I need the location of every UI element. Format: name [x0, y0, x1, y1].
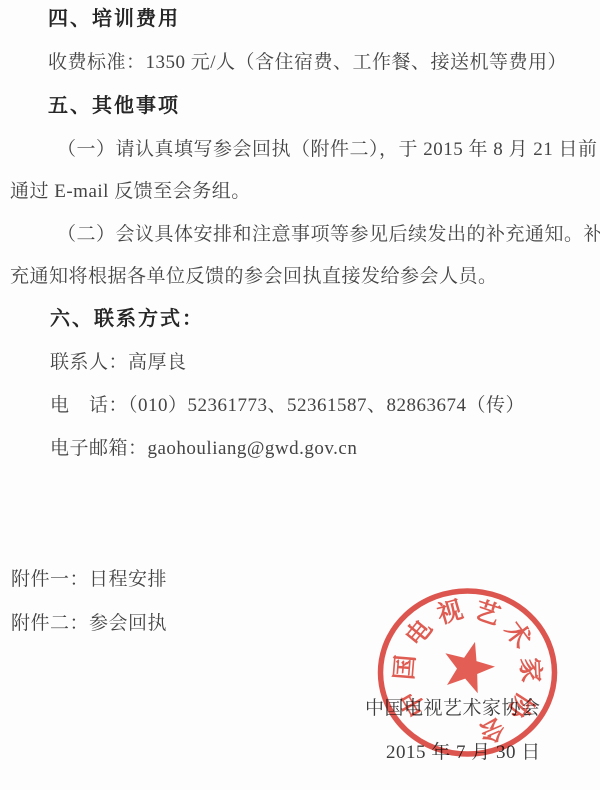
contact-phone-line: 电 话：（010）52361773、52361587、82863674（传） — [50, 395, 525, 417]
svg-text:艺: 艺 — [471, 596, 504, 630]
other-item-2-line-1: （二）会议具体安排和注意事项等参见后续发出的补充通知。补 — [57, 224, 600, 246]
fee-standard-line: 收费标准：1350 元/人（含住宿费、工作餐、接送机等费用） — [48, 52, 567, 74]
heading-training-fee: 四、培训费用 — [48, 8, 180, 30]
seal-star-icon — [445, 642, 495, 693]
svg-text:中: 中 — [395, 686, 432, 722]
svg-text:术: 术 — [498, 616, 536, 654]
other-item-1-line-1: （一）请认真填写参会回执（附件二），于 2015 年 8 月 21 日前 — [57, 139, 598, 161]
other-item-2-line-2: 充通知将根据各单位反馈的参会回执直接发给参会人员。 — [10, 266, 498, 288]
svg-text:国: 国 — [390, 654, 420, 681]
attachment-2-line: 附件二：参会回执 — [11, 613, 167, 635]
heading-contact: 六、联系方式： — [50, 308, 204, 330]
contact-person-line: 联系人：高厚良 — [50, 352, 187, 374]
svg-text:家: 家 — [516, 657, 545, 683]
contact-email-line: 电子邮箱：gaohouliang@gwd.gov.cn — [50, 438, 357, 460]
other-item-1-line-2: 通过 E-mail 反馈至会务组。 — [10, 181, 251, 203]
svg-text:协: 协 — [501, 688, 539, 725]
attachment-1-line: 附件一：日程安排 — [11, 569, 167, 591]
scanned-document-page: 四、培训费用 收费标准：1350 元/人（含住宿费、工作餐、接送机等费用） 五、… — [0, 0, 600, 790]
svg-text:电: 电 — [400, 614, 438, 651]
svg-text:会: 会 — [475, 712, 509, 748]
heading-other-items: 五、其他事项 — [48, 95, 180, 117]
official-seal: 中国电视艺术家协会 — [372, 578, 562, 768]
svg-text:视: 视 — [433, 596, 466, 630]
